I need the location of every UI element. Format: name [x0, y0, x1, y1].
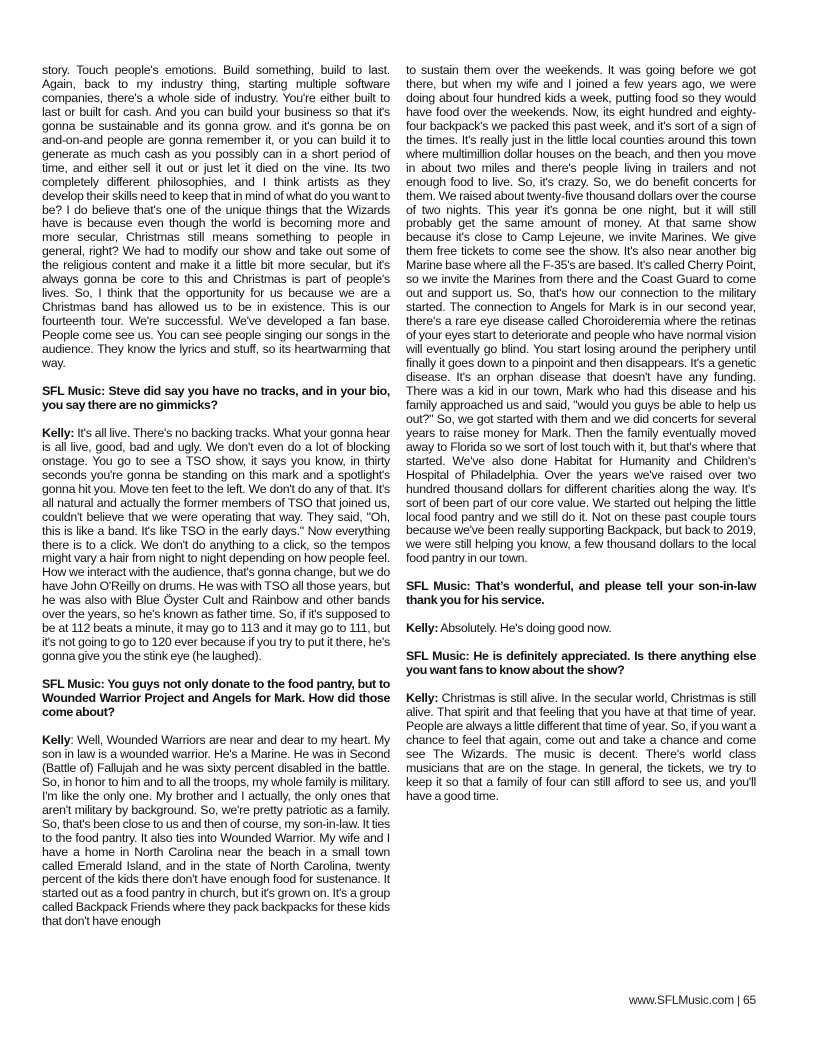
speaker-label: Kelly: — [42, 426, 74, 440]
left-column: story. Touch people's emotions. Build so… — [42, 64, 390, 943]
right-column: to sustain them over the weekends. It wa… — [406, 64, 756, 818]
answer-text: Absolutely. He's doing good now. — [438, 621, 611, 635]
answer-paragraph: story. Touch people's emotions. Build so… — [42, 64, 390, 371]
answer-text: Christmas is still alive. In the secular… — [406, 691, 756, 803]
page-footer: www.SFLMusic.com | 65 — [580, 993, 756, 1007]
answer-paragraph: Kelly: Christmas is still alive. In the … — [406, 692, 756, 804]
answer-paragraph: Kelly: It's all live. There's no backing… — [42, 427, 390, 664]
interview-question: SFL Music: You guys not only donate to t… — [42, 678, 390, 720]
interview-question: SFL Music: He is definitely appreciated.… — [406, 650, 756, 678]
interview-question: SFL Music: That’s wonderful, and please … — [406, 580, 756, 608]
speaker-label: Kelly: — [406, 691, 438, 705]
answer-text: It's all live. There's no backing tracks… — [42, 426, 390, 663]
speaker-label: Kelly: — [406, 621, 438, 635]
interview-question: SFL Music: Steve did say you have no tra… — [42, 385, 390, 413]
speaker-label: Kelly — [42, 733, 70, 747]
answer-paragraph: Kelly: Well, Wounded Warriors are near a… — [42, 734, 390, 929]
answer-paragraph: to sustain them over the weekends. It wa… — [406, 64, 756, 566]
answer-paragraph: Kelly: Absolutely. He's doing good now. — [406, 622, 756, 636]
answer-text: : Well, Wounded Warriors are near and de… — [42, 733, 390, 928]
